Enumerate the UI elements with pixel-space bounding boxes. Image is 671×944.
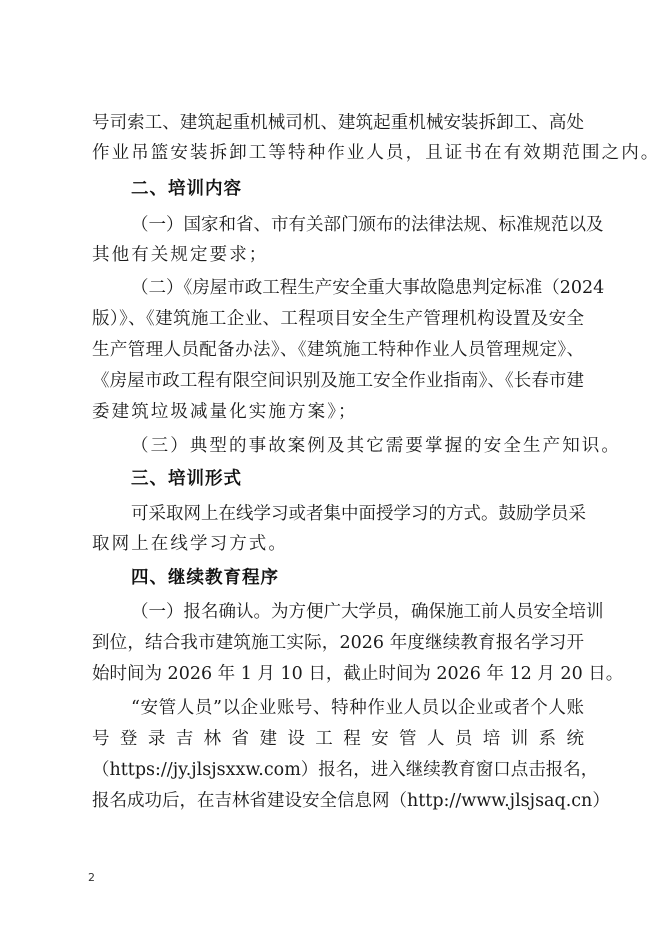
body-text-line: （https://jy.jlsjsxxw.com）报名，进入继续教育窗口点击报名… [92,759,584,781]
section-heading-training-content: 二、培训内容 [131,178,584,200]
body-text-line: （一）国家和省、市有关部门颁布的法律法规、标准规范以及 [131,214,584,236]
body-text-line: 其他有关规定要求； [92,244,584,266]
body-text-line: 可采取网上在线学习或者集中面授学习的方式。鼓励学员采 [131,503,584,525]
section-heading-procedure: 四、继续教育程序 [131,567,584,589]
body-text-line: 到位，结合我市建筑施工实际，2026 年度继续教育报名学习开 [92,632,584,654]
body-text-line: （三）典型的事故案例及其它需要掌握的安全生产知识。 [131,435,584,457]
body-text-line: （二）《房屋市政工程生产安全重大事故隐患判定标准（2024 [131,277,584,299]
document-page: 号司索工、建筑起重机械司机、建筑起重机械安装拆卸工、高处 作业吊篮安装拆卸工等特… [0,0,671,944]
body-text-line: 版）》、《建筑施工企业、工程项目安全生产管理机构设置及安全 [92,308,584,330]
section-heading-training-form: 三、培训形式 [131,468,584,490]
body-text-line: （一）报名确认。为方便广大学员，确保施工前人员安全培训 [131,601,584,623]
body-text-line: 委建筑垃圾减量化实施方案》； [92,401,584,423]
body-text-line: 号司索工、建筑起重机械司机、建筑起重机械安装拆卸工、高处 [92,112,584,134]
body-text-line: 始时间为 2026 年 1 月 10 日，截止时间为 2026 年 12 月 2… [92,663,584,685]
body-text-line: 取网上在线学习方式。 [92,533,584,555]
body-text-line: 号登录吉林省建设工程安管人员培训系统 [92,728,584,750]
body-text-line: 《房屋市政工程有限空间识别及施工安全作业指南》、《长春市建 [92,370,584,392]
body-text-line: 生产管理人员配备办法》、《建筑施工特种作业人员管理规定》、 [92,339,584,361]
body-text-line: “安管人员”以企业账号、特种作业人员以企业或者个人账 [131,697,584,719]
page-number: 2 [88,871,95,884]
body-text-line: 报名成功后，在吉林省建设安全信息网（http://www.jlsjsaq.cn） [92,790,584,812]
body-text-line: 作业吊篮安装拆卸工等特种作业人员，且证书在有效期范围之内。 [92,142,584,164]
